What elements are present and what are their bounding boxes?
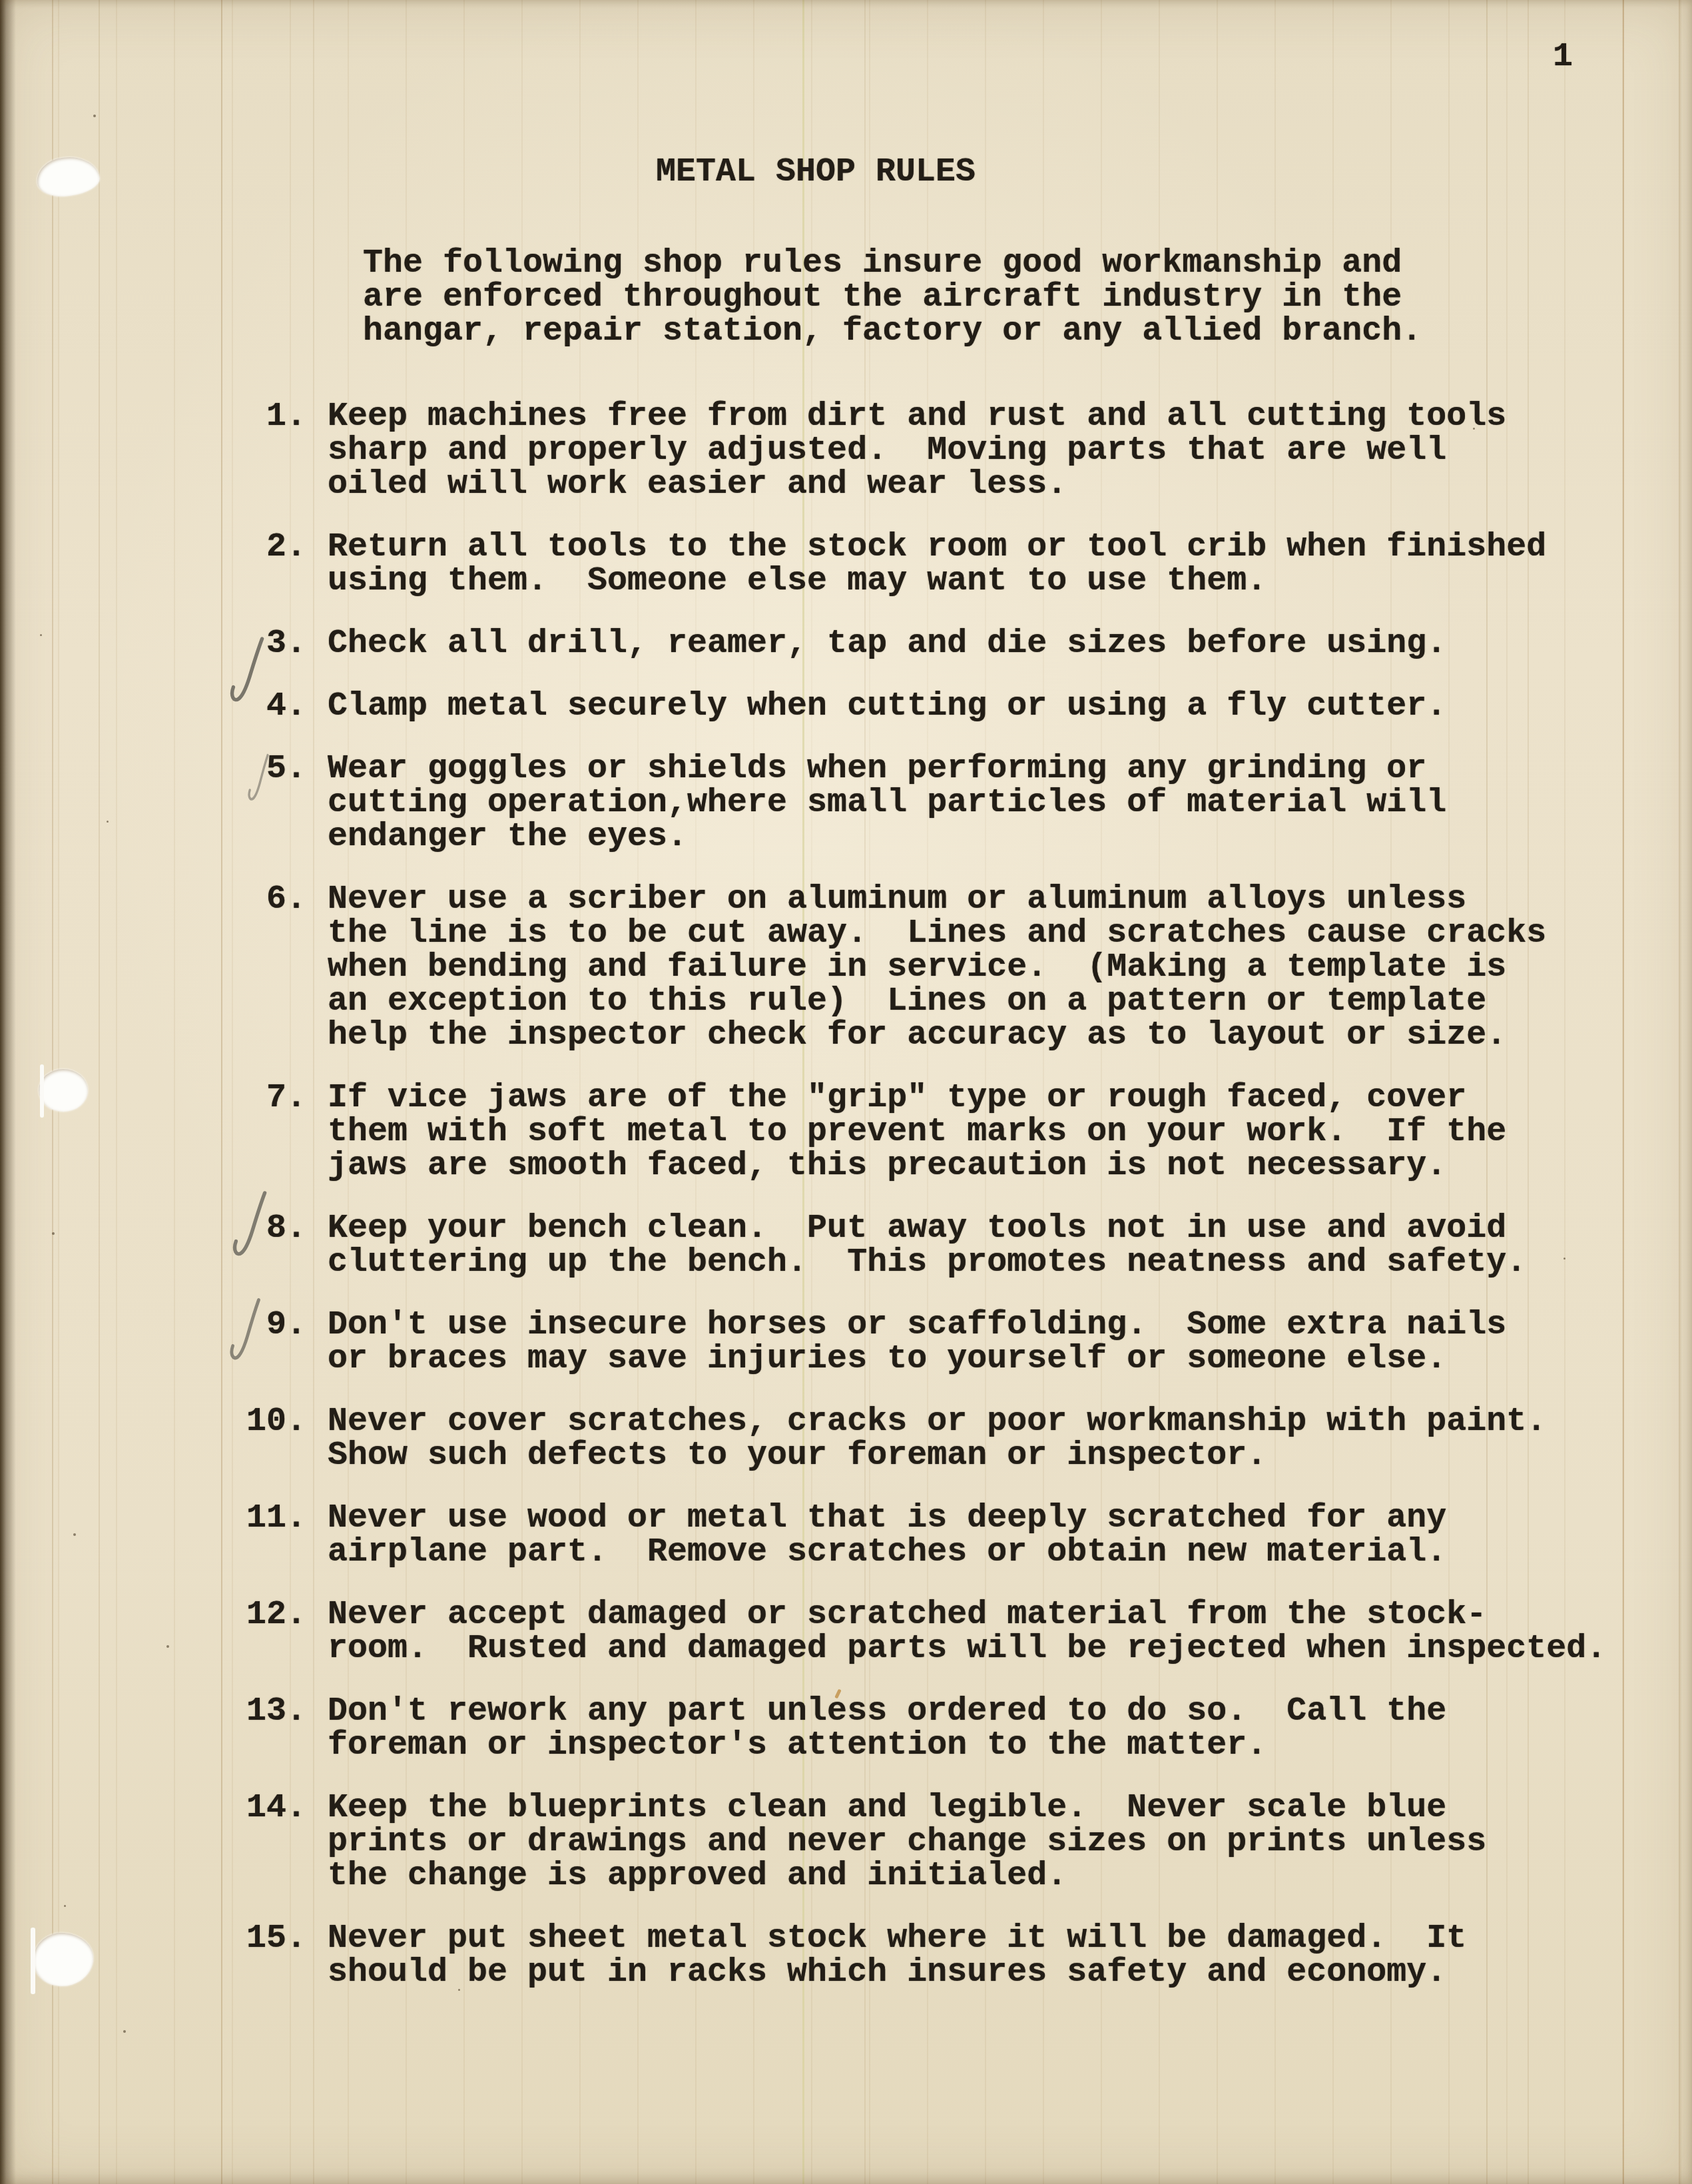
scanned-document-page: 1 METAL SHOP RULES The following shop ru… [0,0,1692,2184]
hole-punch [31,1931,95,1988]
hole-punch [39,1069,88,1112]
rule-item: 4. Clamp metal securely when cutting or … [232,689,1630,723]
rule-number: 15. [232,1922,306,1990]
rule-text: Never use a scriber on aluminum or alumi… [328,883,1546,1052]
rule-item: 14. Keep the blueprints clean and legibl… [232,1791,1630,1893]
paper-rule-line [221,0,222,2184]
paper-rule-line [1679,0,1680,2184]
pencil-checkmark-icon [230,1190,270,1262]
rule-number: 14. [232,1791,306,1893]
rule-text: Wear goggles or shields when performing … [328,752,1446,854]
pencil-checkmark-icon [228,636,268,708]
paper-speck [93,115,96,117]
rule-text: Keep your bench clean. Put away tools no… [328,1212,1526,1279]
rule-number: 10. [232,1405,306,1473]
rule-item: 2. Return all tools to the stock room or… [232,530,1630,598]
rule-number: 7. [232,1081,306,1183]
paper-speck [123,2030,126,2033]
paper-speck [166,1645,169,1648]
rule-item: 12. Never accept damaged or scratched ma… [232,1598,1630,1666]
rule-text: Clamp metal securely when cutting or usi… [328,689,1446,723]
rule-text: Keep the blueprints clean and legible. N… [328,1791,1486,1893]
rule-text: If vice jaws are of the "grip" type or r… [328,1081,1506,1183]
hole-punch-tear [31,1928,35,1994]
rule-text: Don't rework any part unless ordered to … [328,1694,1446,1762]
paper-speck [107,821,109,823]
rule-number: 11. [232,1501,306,1569]
rule-number: 6. [232,883,306,1052]
rule-text: Don't use insecure horses or scaffolding… [328,1308,1506,1376]
rule-item: 1. Keep machines free from dirt and rust… [232,400,1630,502]
rule-text: Never accept damaged or scratched materi… [328,1598,1606,1666]
rule-item: 6. Never use a scriber on aluminum or al… [232,883,1630,1052]
hole-punch [35,153,101,199]
paper-speck [40,634,42,636]
pencil-checkmark-icon [246,753,271,805]
rule-number: 2. [232,530,306,598]
hole-punch-tear [40,1064,44,1118]
intro-paragraph: The following shop rules insure good wor… [363,246,1630,348]
rule-text: Never cover scratches, cracks or poor wo… [328,1405,1546,1473]
pencil-checkmark-icon [228,1297,264,1366]
paper-speck [52,1232,55,1235]
rule-text: Return all tools to the stock room or to… [328,530,1546,598]
rules-list: 1. Keep machines free from dirt and rust… [232,400,1630,1990]
rule-text: Never use wood or metal that is deeply s… [328,1501,1446,1569]
rule-item: 7. If vice jaws are of the "grip" type o… [232,1081,1630,1183]
paper-speck [73,1533,76,1536]
page-title: METAL SHOP RULES [656,155,1630,189]
page-number: 1 [1553,40,1573,74]
rule-text: Check all drill, reamer, tap and die siz… [328,627,1446,661]
rule-item: 13. Don't rework any part unless ordered… [232,1694,1630,1762]
rule-number: 13. [232,1694,306,1762]
rule-item: 8. Keep your bench clean. Put away tools… [232,1212,1630,1279]
rule-number: 1. [232,400,306,502]
document-body: METAL SHOP RULES The following shop rule… [232,155,1630,2018]
paper-rule-line [99,0,100,2184]
rule-text: Never put sheet metal stock where it wil… [328,1922,1466,1990]
rule-number: 12. [232,1598,306,1666]
rule-text: Keep machines free from dirt and rust an… [328,400,1506,502]
rule-item: 3. Check all drill, reamer, tap and die … [232,627,1630,661]
rule-item: 5. Wear goggles or shields when performi… [232,752,1630,854]
rule-item: 9. Don't use insecure horses or scaffold… [232,1308,1630,1376]
rule-item: 15. Never put sheet metal stock where it… [232,1922,1630,1990]
paper-speck [64,1905,66,1907]
rule-item: 11. Never use wood or metal that is deep… [232,1501,1630,1569]
rule-item: 10. Never cover scratches, cracks or poo… [232,1405,1630,1473]
